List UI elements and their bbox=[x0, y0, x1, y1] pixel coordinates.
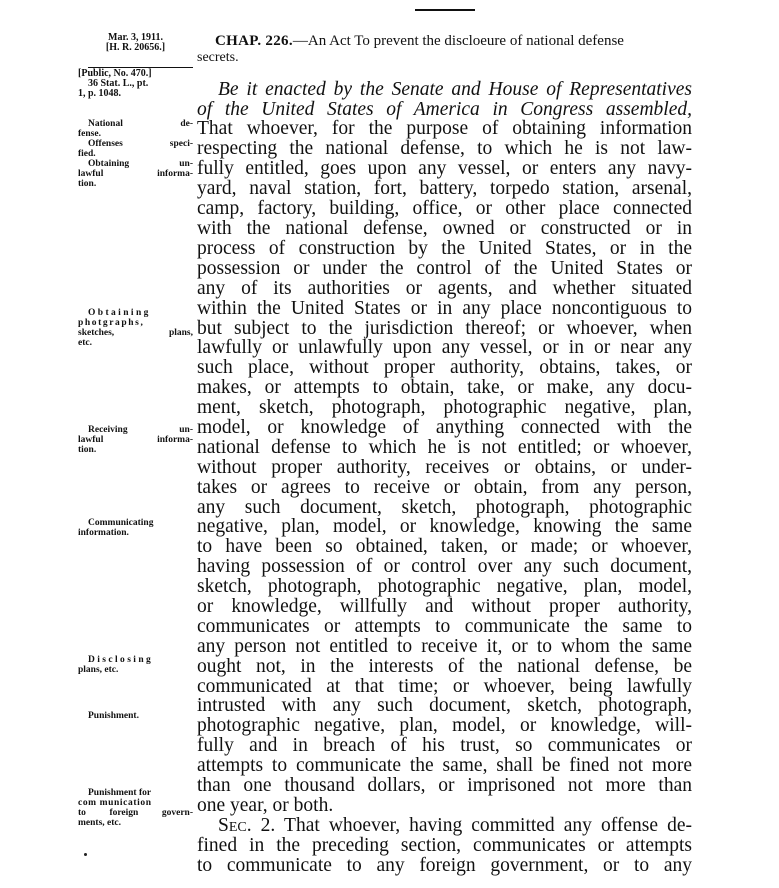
body-line: model, or knowledge of anything connecte… bbox=[197, 417, 692, 438]
body-line: such place, without proper authority, ob… bbox=[197, 357, 692, 378]
scan-speck bbox=[84, 853, 87, 856]
body-line: yard, naval station, fort, battery, torp… bbox=[197, 178, 692, 199]
margin-note-punishment-foreign: Punishment for com munication to foreign… bbox=[78, 788, 193, 828]
margin-note-obtaining-unlawful-info: Obtaining un- lawful informa- tion. bbox=[78, 159, 193, 189]
chapter-title: —An Act To prevent the discloeure of nat… bbox=[293, 33, 624, 49]
section-2-label: Sec. 2. bbox=[218, 815, 275, 836]
body-line: sketch, photograph, photographic negativ… bbox=[197, 576, 692, 597]
body-line: photographic negative, plan, model, or k… bbox=[197, 715, 692, 736]
body-line: respecting the national defense, to whic… bbox=[197, 138, 692, 159]
body-line: process of construction by the United St… bbox=[197, 238, 692, 259]
margin-note-offenses-specified: Offenses speci- fied. bbox=[78, 139, 193, 159]
body-line: without proper authority, receives or ob… bbox=[197, 457, 692, 478]
body-line: than one thousand dollars, or imprisoned… bbox=[197, 775, 692, 796]
chapter-heading: CHAP. 226.—An Act To prevent the discloe… bbox=[215, 33, 624, 50]
body-line: That whoever, for the purpose of obtaini… bbox=[197, 118, 692, 139]
top-rule-divider bbox=[415, 9, 475, 11]
body-line: ought not, in the interests of the natio… bbox=[197, 656, 692, 677]
margin-header-block: Mar. 3, 1911. [H. R. 20656.] bbox=[78, 33, 193, 53]
margin-note-receiving-unlawful-info: Receiving un- lawful informa- tion. bbox=[78, 425, 193, 455]
section-2-line: to communicate to any foreign government… bbox=[197, 855, 692, 876]
margin-note-obtaining-photographs: Obtaining photgraphs, sketches, plans, e… bbox=[78, 308, 193, 348]
body-line: communicates or attempts to communicate … bbox=[197, 616, 692, 637]
body-line: any such document, sketch, photograph, p… bbox=[197, 497, 692, 518]
margin-note-national-defense: National de- fense. bbox=[78, 119, 193, 139]
body-line: possession or under the control of the U… bbox=[197, 258, 692, 279]
margin-citation-block: [Public, No. 470.] 36 Stat. L., pt. 1, p… bbox=[78, 69, 193, 99]
body-line: any person not entitled to receive it, o… bbox=[197, 636, 692, 657]
bill-number: [H. R. 20656.] bbox=[78, 43, 193, 53]
body-line: intrusted with any such document, sketch… bbox=[197, 695, 692, 716]
enacting-clause-line: Be it enacted by the Senate and House of… bbox=[197, 79, 692, 100]
body-line: camp, factory, building, office, or othe… bbox=[197, 198, 692, 219]
section-2-line: fined in the preceding section, communic… bbox=[197, 835, 692, 856]
margin-note-communicating-info: Communicating information. bbox=[78, 518, 193, 538]
body-line: attempts to communicate the same, shall … bbox=[197, 755, 692, 776]
body-line: lawfully or unlawfully upon any vessel, … bbox=[197, 337, 692, 358]
body-line: takes or agrees to receive or obtain, fr… bbox=[197, 477, 692, 498]
body-line: to have been so obtained, taken, or made… bbox=[197, 536, 692, 557]
enacting-clause-line: of the United States of America in Congr… bbox=[197, 99, 692, 120]
body-line-final: one year, or both. bbox=[197, 795, 692, 816]
section-2-text: That whoever, having committed any offen… bbox=[284, 815, 692, 836]
statute-page: Mar. 3, 1911. [H. R. 20656.] [Public, No… bbox=[0, 0, 779, 888]
body-line: having possession of or control over any… bbox=[197, 556, 692, 577]
body-line: national defense to which he is not enti… bbox=[197, 437, 692, 458]
chapter-title-continued: secrets. bbox=[197, 50, 239, 66]
body-line: negative, plan, model, or knowledge, kno… bbox=[197, 516, 692, 537]
body-line: ment, sketch, photograph, photographic n… bbox=[197, 397, 692, 418]
body-line: fully and in breach of his trust, so com… bbox=[197, 735, 692, 756]
body-line: or knowledge, willfully and without prop… bbox=[197, 596, 692, 617]
body-line: within the United States or in any place… bbox=[197, 298, 692, 319]
margin-note-disclosing-plans: Disclosing plans, etc. bbox=[78, 655, 193, 675]
chapter-label: CHAP. 226. bbox=[215, 33, 293, 49]
body-line: any of its authorities or agents, and wh… bbox=[197, 278, 692, 299]
body-line: makes, or attempts to obtain, take, or m… bbox=[197, 377, 692, 398]
margin-note-punishment: Punishment. bbox=[78, 711, 193, 721]
body-line: but subject to the jurisdiction thereof;… bbox=[197, 318, 692, 339]
stat-citation-line2: 1, p. 1048. bbox=[78, 89, 193, 99]
body-line: communicated at that time; or whoever, b… bbox=[197, 676, 692, 697]
body-line: with the national defense, owned or cons… bbox=[197, 218, 692, 239]
body-line: fully entitled, goes upon any vessel, or… bbox=[197, 158, 692, 179]
section-2-first-line: Sec. 2. That whoever, having committed a… bbox=[197, 815, 692, 836]
